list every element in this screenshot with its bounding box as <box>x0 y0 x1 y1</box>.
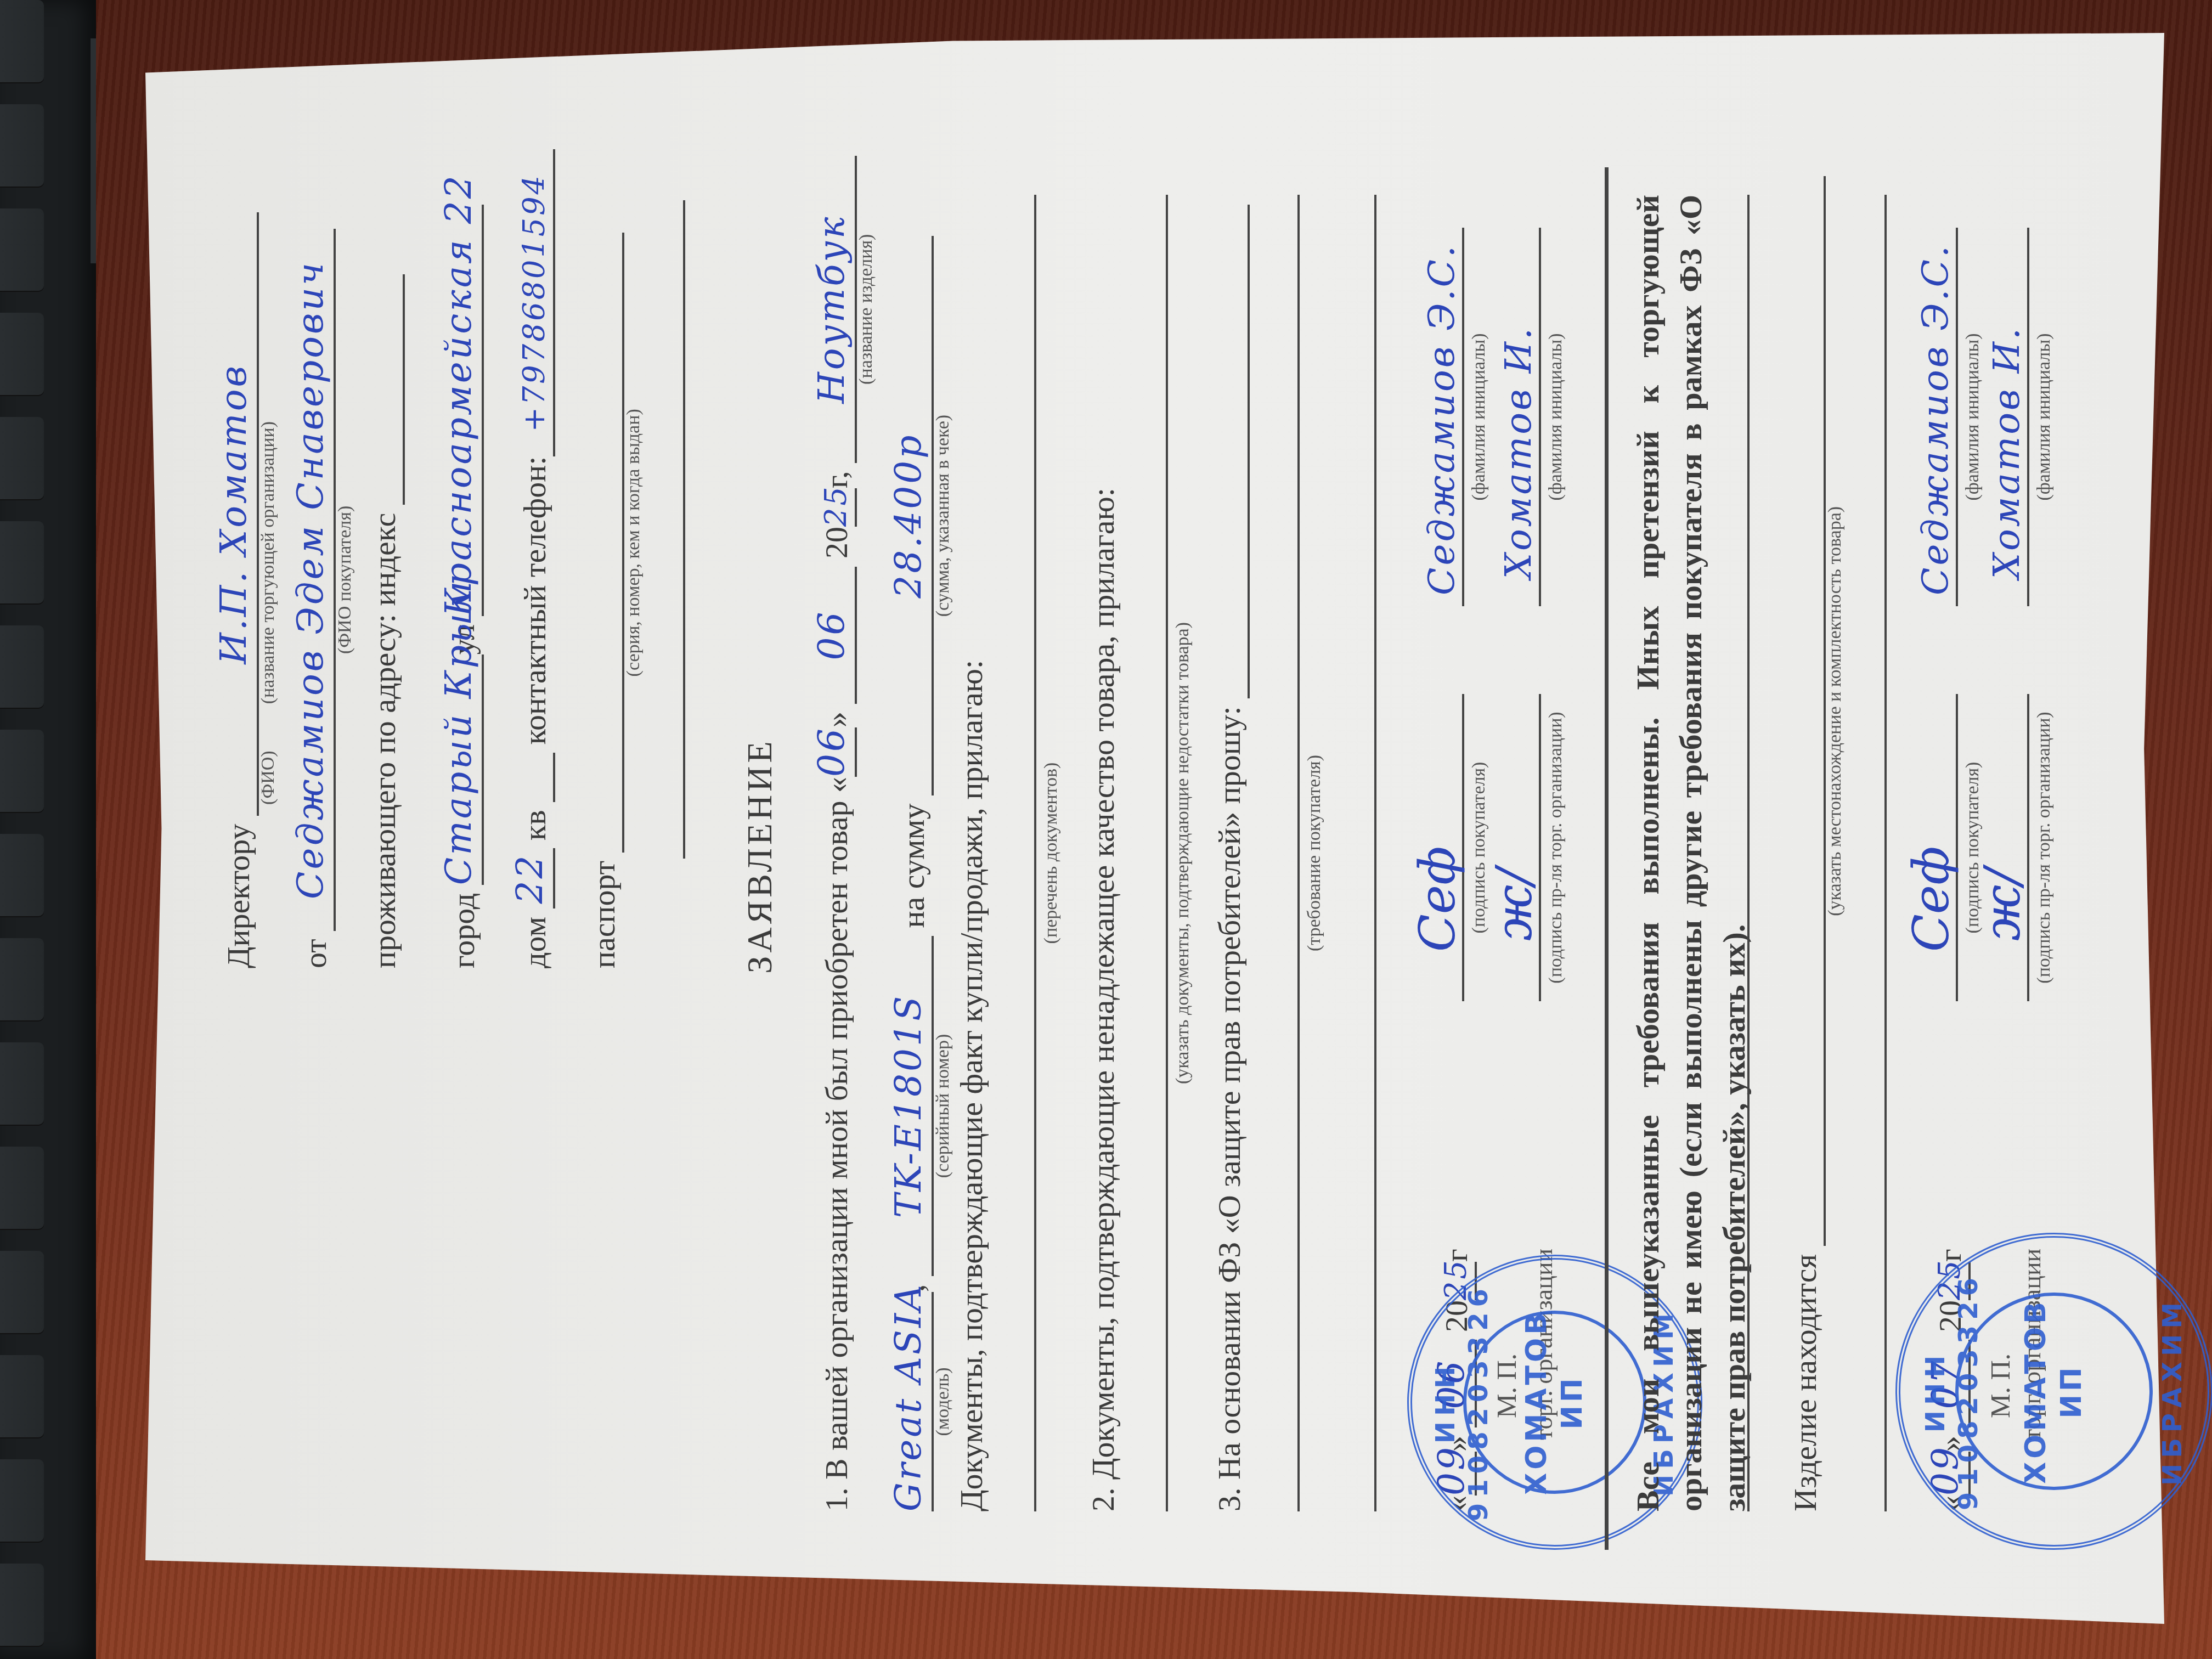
sig1-buyer-name-hint: (фамилия инициалы) <box>1468 228 1491 606</box>
sig2-buyer-signature: Сеф <box>1901 846 1963 952</box>
location-row: Изделие находится (указать местонахожден… <box>1786 129 1826 1511</box>
sig1-buyer-signature: Сеф <box>1407 846 1469 952</box>
section3-hint: (требование покупателя) <box>1303 195 1327 1511</box>
director-label: Директору <box>221 823 256 968</box>
index-label: индекс <box>366 513 402 606</box>
house-label: дом <box>517 917 552 968</box>
keyboard-key <box>0 1147 44 1229</box>
apt-label: кв <box>517 810 552 840</box>
section2-text: 2. Документы, подтверждающие ненадлежаще… <box>1084 129 1124 1511</box>
from-hint: (ФИО покупателя) <box>334 229 357 931</box>
closing-paragraph: Все мои вышеуказанные требования выполне… <box>1627 195 1756 1511</box>
sig2-org-name-hint: (фамилия инициалы) <box>2033 228 2056 606</box>
address-label: проживающего по адресу: <box>366 614 402 968</box>
section3-rule-2 <box>1374 195 1376 1511</box>
sig1-org-sig-hint: (подпись пр-ля торг. организации) <box>1544 694 1568 1001</box>
section1-text: 1. В вашей организации мной был приобрет… <box>819 777 854 1511</box>
director-hint-fio: (ФИО) <box>258 751 278 805</box>
form-title: ЗАЯВЛЕНИЕ <box>738 129 782 1583</box>
product-hint: (название изделия) <box>855 156 878 463</box>
passport-label: паспорт <box>586 861 622 968</box>
director-row: Директору И.П. Хоматов (ФИО) (название т… <box>211 129 259 968</box>
keyboard-key <box>0 1459 44 1542</box>
claim-form: Директору И.П. Хоматов (ФИО) (название т… <box>178 129 2044 1583</box>
from-field[interactable]: Седжамиов Эдем Снаверович (ФИО покупател… <box>288 229 336 931</box>
passport-row: паспорт (серия, номер, кем и когда выдан… <box>584 129 624 968</box>
index-field[interactable] <box>368 274 405 505</box>
stamp-2: ИНН 9108203326 ХОМАТОВ ИП ИБРАХИМ <box>1895 1233 2212 1550</box>
city-label: город <box>445 893 481 968</box>
section1-row2: Great ASIA (модель) , TK-E1801S (серийны… <box>886 129 934 1511</box>
keyboard-key <box>0 1251 44 1333</box>
city-row: город Старый Крым ул Красноармейская 22 <box>436 129 484 968</box>
section3-row: 3. На основании ФЗ «О защите прав потреб… <box>1210 129 1250 1511</box>
sig2-org-line[interactable] <box>2027 694 2029 1001</box>
phone-label: контактный телефон: <box>517 456 552 745</box>
product-field[interactable]: Ноутбук (название изделия) <box>809 156 857 463</box>
serial-hint: (серийный номер) <box>932 936 955 1276</box>
location-field[interactable]: (указать местонахождение и комплектность… <box>1788 176 1826 1246</box>
house-field[interactable]: 22 <box>507 848 555 909</box>
keyboard-key <box>0 104 44 187</box>
closing-rule <box>1747 195 1750 1511</box>
section2-rule <box>1166 195 1168 1511</box>
keyboard-key <box>0 1355 44 1437</box>
keyboard-key <box>0 1042 44 1125</box>
from-label: от <box>297 939 333 968</box>
sig2-org-signature: ж/ <box>1972 868 2034 941</box>
apt-field[interactable] <box>518 753 555 802</box>
director-value: И.П. Хоматов <box>212 364 255 664</box>
passport-rule-2 <box>683 200 685 859</box>
from-row: от Седжамиов Эдем Снаверович (ФИО покупа… <box>288 129 336 968</box>
city-value: Старый Крым <box>437 579 479 885</box>
house-row: дом 22 кв контактный телефон: +797868015… <box>507 129 555 968</box>
sig1-buyer-name: Седжамиов Э.С. <box>1419 129 1465 595</box>
purchase-year-field[interactable]: 25 <box>817 488 857 527</box>
passport-hint: (серия, номер, кем и когда выдан) <box>622 233 646 853</box>
location-rule-2 <box>1884 195 1887 1511</box>
section3-text: 3. На основании ФЗ «О защите прав потреб… <box>1211 706 1247 1511</box>
location-label: Изделие находится <box>1787 1254 1823 1511</box>
sig2-buyer-sig-hint: (подпись покупателя) <box>1961 694 1985 1001</box>
street-field[interactable]: Красноармейская 22 <box>436 205 484 616</box>
keyboard-key <box>0 1564 44 1646</box>
director-hint-org: (название торгующей организации) <box>258 421 278 704</box>
address-row: проживающего по адресу: индекс <box>365 129 405 968</box>
city-field[interactable]: Старый Крым <box>436 654 484 885</box>
keyboard-key <box>0 521 44 603</box>
sig2-buyer-name: Седжамиов Э.С. <box>1913 129 1959 595</box>
sum-hint: (сумма, указанная в чеке) <box>932 236 955 795</box>
section3-rule <box>1297 195 1300 1511</box>
section3-field[interactable] <box>1212 205 1250 698</box>
location-hint: (указать местонахождение и комплектность… <box>1824 176 1847 1246</box>
keyboard-key <box>0 625 44 708</box>
keyboard-key <box>0 0 44 82</box>
street-value: Красноармейская 22 <box>437 173 479 616</box>
keyboard-key <box>0 313 44 395</box>
phone-field[interactable]: +79786801594 <box>516 149 555 456</box>
docs-hint: (перечень документов) <box>1040 195 1063 1511</box>
section2-hint: (указать документы, подтверждающие недос… <box>1171 195 1195 1511</box>
serial-field[interactable]: TK-E1801S (серийный номер) <box>886 936 934 1276</box>
from-value: Седжамиов Эдем Снаверович <box>289 261 331 899</box>
keyboard <box>0 0 96 1659</box>
sig2-buyer-name-hint: (фамилия инициалы) <box>1961 228 1985 606</box>
purchase-month-field[interactable]: 06 <box>809 567 857 704</box>
director-field[interactable]: И.П. Хоматов (ФИО) (название торгующей о… <box>211 212 259 816</box>
passport-field[interactable]: (серия, номер, кем и когда выдан) <box>587 233 624 853</box>
sig1-org-signature: ж/ <box>1484 868 1546 941</box>
purchase-day-field[interactable]: 06 <box>809 727 857 777</box>
model-hint: (модель) <box>932 1292 955 1511</box>
sig1-org-line[interactable] <box>1539 694 1541 1001</box>
keyboard-key <box>0 417 44 499</box>
sig1-org-name-hint: (фамилия инициалы) <box>1544 228 1568 606</box>
docs-rule <box>1034 195 1036 1511</box>
sig2-org-sig-hint: (подпись пр-ля торг. организации) <box>2033 694 2056 1001</box>
sig1-org-name: Хоматов И. <box>1496 129 1542 579</box>
model-field[interactable]: Great ASIA (модель) <box>886 1292 934 1511</box>
keyboard-key <box>0 834 44 916</box>
sum-label: на сумму <box>895 804 931 928</box>
phone-value: +79786801594 <box>517 173 551 432</box>
section1-docs-text: Документы, подтверждающие факт купли/про… <box>952 129 992 1511</box>
keyboard-key <box>0 730 44 812</box>
divider <box>1605 167 1609 1550</box>
keyboard-key <box>0 208 44 291</box>
house-value: 22 <box>509 853 551 904</box>
keyboard-key <box>0 938 44 1020</box>
sum-field[interactable]: 28.400р (сумма, указанная в чеке) <box>886 236 934 795</box>
section1-row1: 1. В вашей организации мной был приобрет… <box>809 129 857 1511</box>
sig1-buyer-sig-hint: (подпись покупателя) <box>1468 694 1491 1001</box>
sig2-org-name: Хоматов И. <box>1984 129 2030 579</box>
